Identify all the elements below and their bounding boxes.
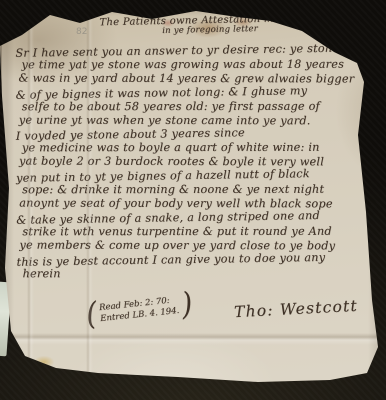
- manuscript-body: Sr I have sent you an answer to yr desir…: [15, 43, 368, 281]
- manuscript-line: selfe to be about 58 yeares old: ye firs…: [22, 99, 368, 114]
- manuscript-line: herein: [23, 266, 369, 281]
- manuscript-heading: The Patients owne Attestation mentioned …: [76, 12, 344, 38]
- manuscript-line: strike it wth venus turpentine & put it …: [22, 224, 368, 239]
- signature: Tho: Westcott: [234, 297, 359, 321]
- archival-docket-note: ( Read Feb: 2: 70: Entred LB. 4. 194. ): [85, 291, 194, 329]
- manuscript-line: ye medicine was to boyle a quart of whit…: [22, 141, 368, 156]
- manuscript-line: ye time yat ye stone was growing was abo…: [21, 58, 367, 73]
- pencil-folio-mark: 82: [76, 27, 87, 37]
- docket-open-paren: (: [85, 299, 99, 331]
- manuscript-paper: The Patients owne Attestation mentioned …: [0, 0, 386, 400]
- photo-background: The Patients owne Attestation mentioned …: [0, 0, 386, 400]
- manuscript-line: sope: & drinke it morning & noone & ye n…: [22, 183, 368, 198]
- docket-close-paren: ): [180, 288, 194, 320]
